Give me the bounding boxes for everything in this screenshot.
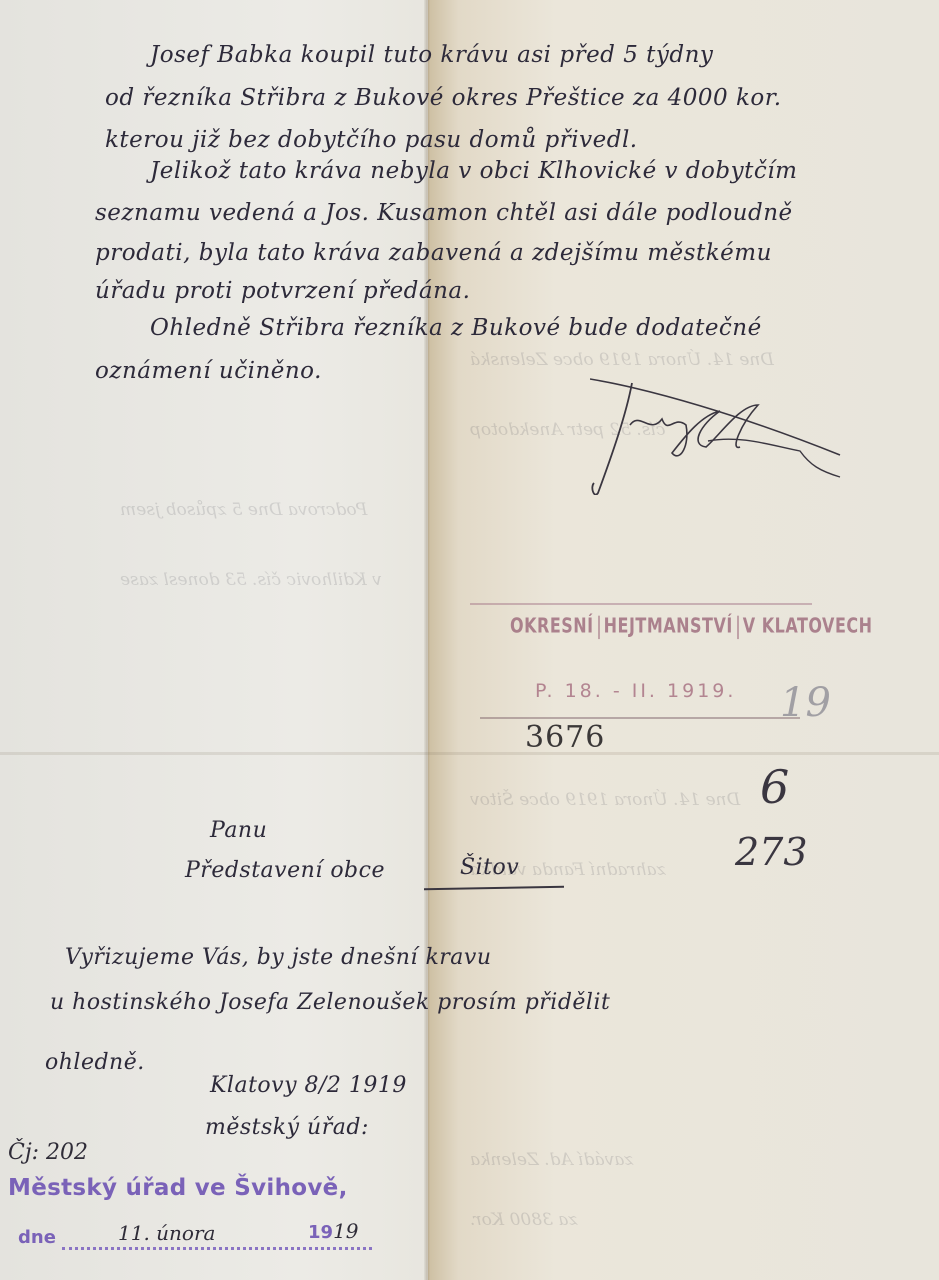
place-date: Klatovy 8/2 1919 — [210, 1073, 407, 1098]
vertical-fold-crease — [424, 0, 430, 1280]
received-stamp-title: OKRESNÍHEJTMANSTVÍV KLATOVECH — [510, 613, 873, 638]
stamp-word: V KLATOVECH — [743, 613, 873, 638]
dne-value: 11. února — [118, 1221, 215, 1245]
side-mark: 6 — [760, 760, 789, 814]
reference-number: Čj: 202 — [8, 1140, 88, 1165]
salutation: Panu — [210, 818, 267, 843]
text-line: ohledně. — [45, 1050, 145, 1075]
year-suffix: 19 — [333, 1219, 358, 1243]
text-line: od řezníka Střibra z Bukové okres Přešti… — [105, 85, 782, 111]
received-stamp-date: P. 18. - II. 1919. — [535, 680, 736, 702]
horizontal-fold-crease — [0, 752, 939, 755]
year-prefix: 19 — [308, 1222, 333, 1243]
recipient-place: Šitov — [460, 855, 519, 880]
text-line: úřadu proti potvrzení předána. — [95, 278, 470, 304]
stamp-word: OKRESNÍ — [510, 613, 594, 638]
stamp-divider — [480, 717, 800, 719]
dne-label: dne — [18, 1227, 56, 1248]
text-line: Ohledně Střibra řezníka z Bukové bude do… — [150, 315, 762, 341]
office-stamp: Městský úřad ve Švihově, — [8, 1175, 348, 1201]
dotted-date-line — [62, 1247, 372, 1250]
signature: Kutej Schusmatr — [590, 375, 860, 495]
text-line: Jelikož tato kráva nebyla v obci Klhovic… — [150, 158, 797, 184]
date-row: dne 11. února 1919 — [18, 1225, 378, 1255]
margin-note: 19 — [780, 680, 831, 726]
stamp-word: HEJTMANSTVÍ — [604, 613, 733, 638]
text-line: Vyřizujeme Vás, by jste dnešní kravu — [65, 945, 492, 970]
text-line: seznamu vedená a Jos. Kusamon chtěl asi … — [95, 200, 793, 226]
year: 1919 — [308, 1219, 359, 1243]
text-line: u hostinského Josefa Zelenoušek prosím p… — [50, 990, 610, 1015]
sender: městský úřad: — [205, 1115, 369, 1140]
register-number: 3676 — [525, 720, 605, 755]
signature-scrawl-icon — [590, 375, 860, 495]
text-line: kterou již bez dobytčího pasu domů přive… — [105, 127, 638, 153]
recipient: Představení obce — [185, 858, 385, 883]
text-line: Josef Babka koupil tuto krávu asi před 5… — [150, 42, 713, 68]
text-line: prodati, byla tato kráva zabavená a zdej… — [95, 240, 772, 266]
text-line: oznámení učiněno. — [95, 358, 322, 384]
side-mark-reference: 273 — [735, 830, 808, 874]
